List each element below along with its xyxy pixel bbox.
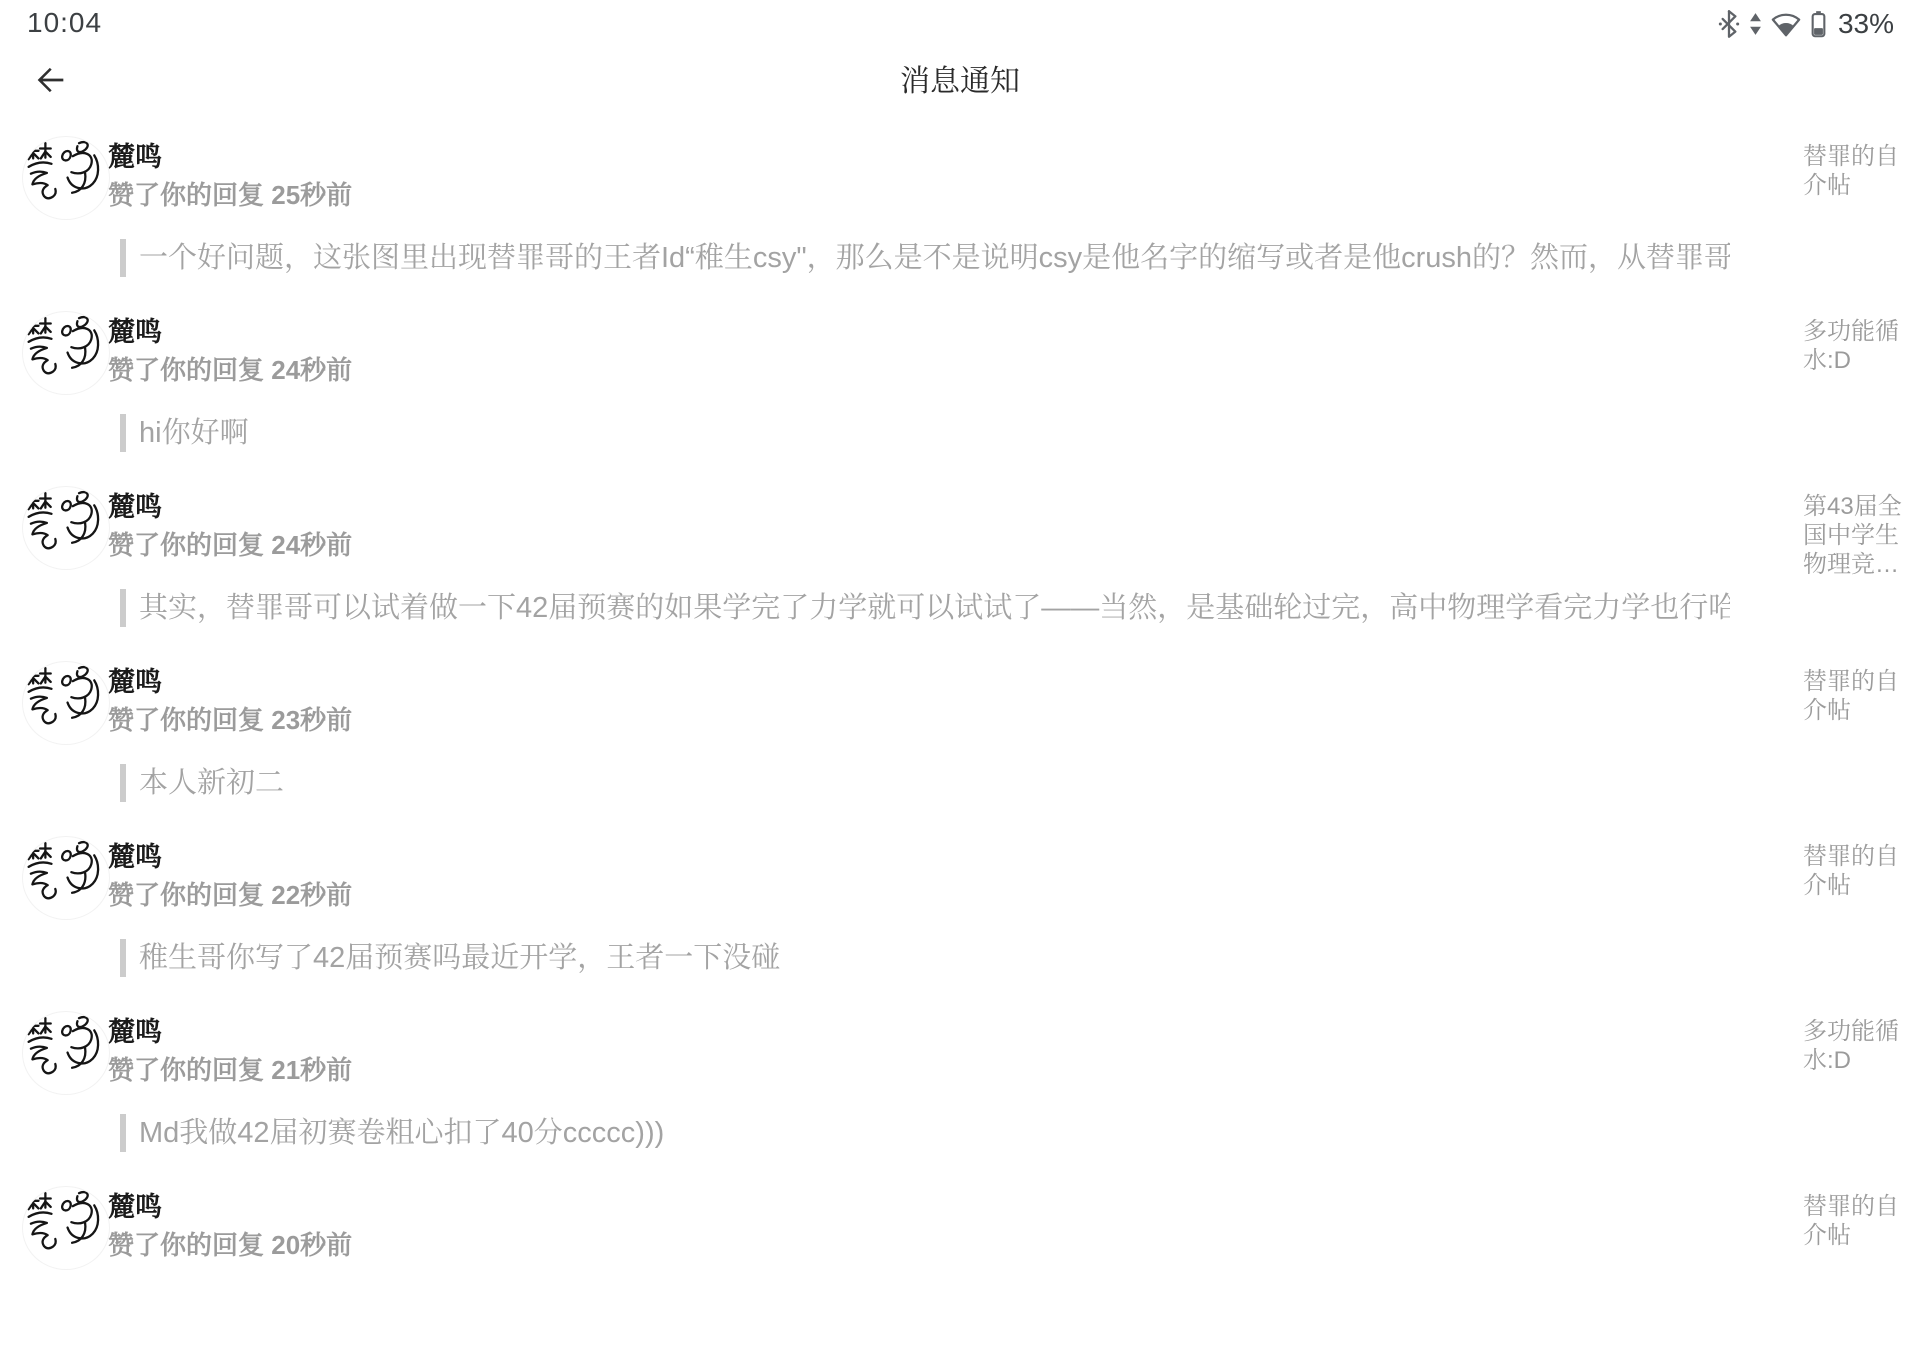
action-line: 赞了你的回复 22秒前: [108, 879, 1785, 911]
data-transfer-icon: [1749, 10, 1762, 38]
post-title[interactable]: 替罪的自介帖: [1803, 1192, 1903, 1250]
avatar[interactable]: [22, 836, 110, 920]
signature-avatar-icon: [24, 1012, 108, 1095]
avatar[interactable]: [22, 311, 110, 395]
notification-content: 麓鸣 赞了你的回复 24秒前 其实，替罪哥可以试着做一下42届预赛的如果学完了力…: [108, 470, 1785, 627]
action-line: 赞了你的回复 24秒前: [108, 529, 1785, 561]
post-title[interactable]: 替罪的自介帖: [1803, 667, 1903, 725]
notification-content: 麓鸣 赞了你的回复 22秒前 稚生哥你写了42届预赛吗最近开学，王者一下没碰: [108, 820, 1785, 977]
notification-content: 麓鸣 赞了你的回复 21秒前 Md我做42届初赛卷粗心扣了40分ccccc))): [108, 995, 1785, 1152]
quoted-reply[interactable]: 本人新初二: [120, 764, 1730, 802]
action-time: 24秒前: [271, 530, 352, 560]
notification-item[interactable]: 麓鸣 赞了你的回复 24秒前 其实，替罪哥可以试着做一下42届预赛的如果学完了力…: [0, 470, 1920, 645]
notification-content: 麓鸣 赞了你的回复 25秒前 一个好问题，这张图里出现替罪哥的王者Id“稚生cs…: [108, 120, 1785, 277]
action-time: 21秒前: [271, 1055, 352, 1085]
post-title[interactable]: 第43届全国中学生物理竞…: [1803, 492, 1903, 579]
action-text: 赞了你的回复: [108, 1230, 264, 1260]
signature-avatar-icon: [24, 487, 108, 570]
notification-content: 麓鸣 赞了你的回复 20秒前: [108, 1170, 1785, 1261]
username[interactable]: 麓鸣: [108, 995, 1785, 1049]
action-time: 25秒前: [271, 180, 352, 210]
action-time: 24秒前: [271, 355, 352, 385]
action-line: 赞了你的回复 25秒前: [108, 179, 1785, 211]
action-text: 赞了你的回复: [108, 180, 264, 210]
battery-percent: 33%: [1838, 8, 1894, 40]
username[interactable]: 麓鸣: [108, 1170, 1785, 1224]
status-icons: 33%: [1718, 8, 1894, 40]
notification-item[interactable]: 麓鸣 赞了你的回复 23秒前 本人新初二 替罪的自介帖: [0, 645, 1920, 820]
avatar[interactable]: [22, 661, 110, 745]
post-title[interactable]: 替罪的自介帖: [1803, 142, 1903, 200]
action-text: 赞了你的回复: [108, 705, 264, 735]
action-line: 赞了你的回复 24秒前: [108, 354, 1785, 386]
header: 消息通知: [0, 44, 1920, 120]
battery-icon: [1810, 10, 1827, 38]
username[interactable]: 麓鸣: [108, 820, 1785, 874]
action-line: 赞了你的回复 20秒前: [108, 1229, 1785, 1261]
status-time: 10:04: [27, 7, 102, 39]
notification-content: 麓鸣 赞了你的回复 23秒前 本人新初二: [108, 645, 1785, 802]
action-text: 赞了你的回复: [108, 355, 264, 385]
action-time: 22秒前: [271, 880, 352, 910]
notification-item[interactable]: 麓鸣 赞了你的回复 24秒前 hi你好啊 多功能循水:D: [0, 295, 1920, 470]
post-title[interactable]: 多功能循水:D: [1803, 317, 1903, 375]
wifi-icon: [1771, 10, 1801, 38]
page-title: 消息通知: [0, 44, 1920, 120]
quoted-reply[interactable]: hi你好啊: [120, 414, 1730, 452]
username[interactable]: 麓鸣: [108, 120, 1785, 174]
notification-item[interactable]: 麓鸣 赞了你的回复 25秒前 一个好问题，这张图里出现替罪哥的王者Id“稚生cs…: [0, 120, 1920, 295]
action-text: 赞了你的回复: [108, 530, 264, 560]
avatar[interactable]: [22, 1186, 110, 1270]
action-line: 赞了你的回复 21秒前: [108, 1054, 1785, 1086]
post-title[interactable]: 替罪的自介帖: [1803, 842, 1903, 900]
avatar[interactable]: [22, 486, 110, 570]
status-bar: 10:04: [0, 0, 1920, 44]
username[interactable]: 麓鸣: [108, 645, 1785, 699]
bluetooth-icon: [1718, 10, 1740, 38]
action-time: 20秒前: [271, 1230, 352, 1260]
notification-content: 麓鸣 赞了你的回复 24秒前 hi你好啊: [108, 295, 1785, 452]
avatar[interactable]: [22, 136, 110, 220]
username[interactable]: 麓鸣: [108, 295, 1785, 349]
quoted-reply[interactable]: 稚生哥你写了42届预赛吗最近开学，王者一下没碰: [120, 939, 1730, 977]
signature-avatar-icon: [24, 1187, 108, 1270]
quoted-reply[interactable]: 一个好问题，这张图里出现替罪哥的王者Id“稚生csy"，那么是不是说明csy是他…: [120, 239, 1730, 277]
username[interactable]: 麓鸣: [108, 470, 1785, 524]
notification-item[interactable]: 麓鸣 赞了你的回复 20秒前 替罪的自介帖: [0, 1170, 1920, 1280]
action-line: 赞了你的回复 23秒前: [108, 704, 1785, 736]
action-text: 赞了你的回复: [108, 1055, 264, 1085]
avatar[interactable]: [22, 1011, 110, 1095]
notification-item[interactable]: 麓鸣 赞了你的回复 22秒前 稚生哥你写了42届预赛吗最近开学，王者一下没碰 替…: [0, 820, 1920, 995]
signature-avatar-icon: [24, 312, 108, 395]
quoted-reply[interactable]: Md我做42届初赛卷粗心扣了40分ccccc))): [120, 1114, 1730, 1152]
signature-avatar-icon: [24, 137, 108, 220]
notification-list: 麓鸣 赞了你的回复 25秒前 一个好问题，这张图里出现替罪哥的王者Id“稚生cs…: [0, 120, 1920, 1280]
action-text: 赞了你的回复: [108, 880, 264, 910]
signature-avatar-icon: [24, 662, 108, 745]
action-time: 23秒前: [271, 705, 352, 735]
quoted-reply[interactable]: 其实，替罪哥可以试着做一下42届预赛的如果学完了力学就可以试试了——当然，是基础…: [120, 589, 1730, 627]
signature-avatar-icon: [24, 837, 108, 920]
post-title[interactable]: 多功能循水:D: [1803, 1017, 1903, 1075]
notification-item[interactable]: 麓鸣 赞了你的回复 21秒前 Md我做42届初赛卷粗心扣了40分ccccc)))…: [0, 995, 1920, 1170]
